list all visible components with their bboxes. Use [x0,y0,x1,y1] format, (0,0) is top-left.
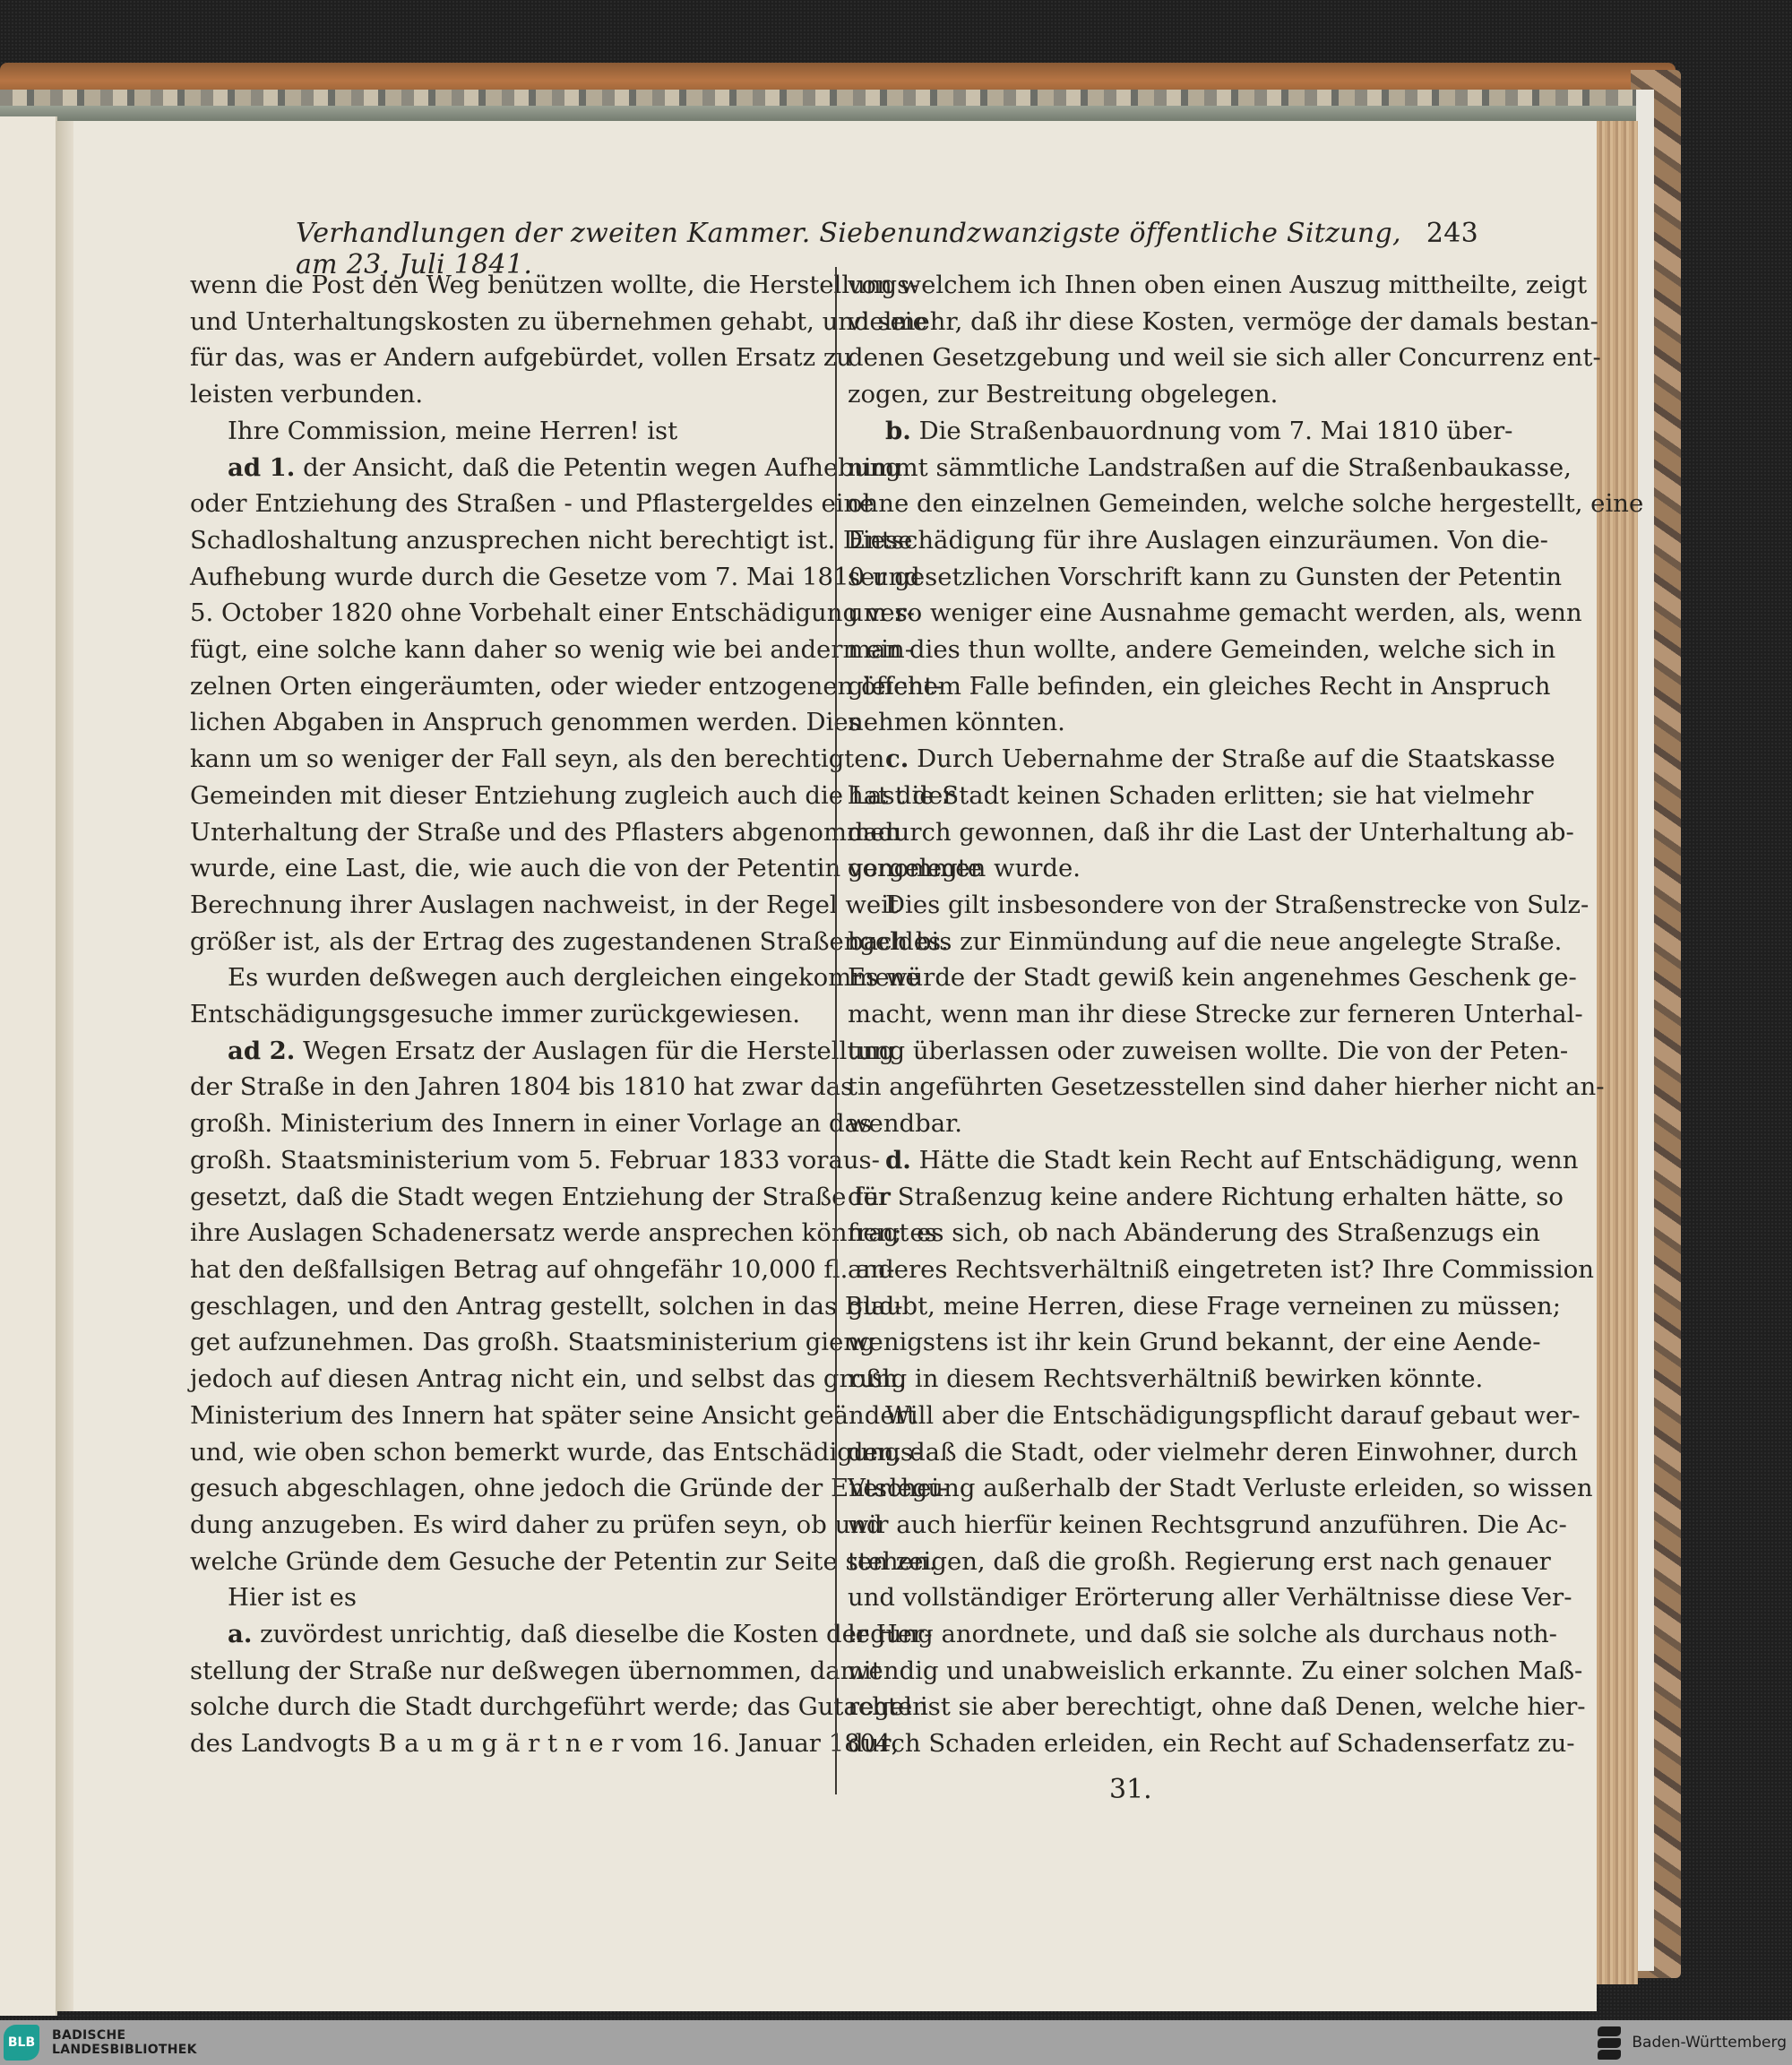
text-line: durch Schaden erleiden, ein Recht auf Sc… [848,1725,1488,1762]
line-text: Verlegung außerhalb der Stadt Verluste e… [848,1474,1593,1502]
text-line: leisten verbunden. [190,376,831,413]
text-column-right: von welchem ich Ihnen oben einen Auszug … [848,267,1488,1762]
text-line: nimmt sämmtliche Landstraßen auf die Str… [848,450,1488,486]
line-text: Dies gilt insbesondere von der Straßenst… [885,891,1589,919]
line-text: Ministerium des Innern hat später seine … [190,1401,917,1430]
text-line: jedoch auf diesen Antrag nicht ein, und … [190,1361,831,1398]
text-line: der Straße in den Jahren 1804 bis 1810 h… [190,1069,831,1106]
line-text: fügt, eine solche kann daher so wenig wi… [190,635,913,664]
text-line: den, daß die Stadt, oder vielmehr deren … [848,1434,1488,1471]
blb-wordmark-line2: LANDESBIBLIOTHEK [52,2043,197,2057]
line-text: solche durch die Stadt durchgeführt werd… [190,1692,928,1721]
text-line: man dies thun wollte, andere Gemeinden, … [848,632,1488,668]
flyleaf-edge [1636,90,1654,1971]
text-line: größer ist, als der Ertrag des zugestand… [190,924,831,960]
text-line: wenigstens ist ihr kein Grund bekannt, d… [848,1324,1488,1361]
text-line: gesuch abgeschlagen, ohne jedoch die Grü… [190,1470,831,1507]
line-text: tung überlassen oder zuweisen wollte. Di… [848,1037,1568,1065]
blb-logo[interactable]: BLB BADISCHE LANDESBIBLIOTHEK [4,2025,197,2061]
line-text: der Straßenzug keine andere Richtung erh… [848,1183,1564,1211]
text-line: ser gesetzlichen Vorschrift kann zu Guns… [848,559,1488,596]
line-text: Unterhaltung der Straße und des Pflaster… [190,818,900,847]
line-text: gesuch abgeschlagen, ohne jedoch die Grü… [190,1474,948,1502]
text-line: ohne den einzelnen Gemeinden, welche sol… [848,486,1488,522]
line-text: wendig und unabweislich erkannte. Zu ein… [848,1656,1582,1685]
line-text: 5. October 1820 ohne Vorbehalt einer Ent… [190,598,915,627]
line-text: dadurch gewonnen, daß ihr die Last der U… [848,818,1574,847]
text-line: kann um so weniger der Fall seyn, als de… [190,741,831,778]
text-line: wurde, eine Last, die, wie auch die von … [190,850,831,887]
line-text: oder Entziehung des Straßen - und Pflast… [190,489,874,518]
line-text: und Unterhaltungskosten zu übernehmen ge… [190,307,927,336]
text-line: oder Entziehung des Straßen - und Pflast… [190,486,831,522]
text-line: von welchem ich Ihnen oben einen Auszug … [848,267,1488,304]
line-text: großh. Ministerium des Innern in einer V… [190,1109,872,1138]
line-text: und, wie oben schon bemerkt wurde, das E… [190,1438,921,1467]
line-text: lichen Abgaben in Anspruch genommen werd… [190,708,861,736]
text-line: des Landvogts B a u m g ä r t n e r vom … [190,1725,831,1762]
line-text: welche Gründe dem Gesuche der Petentin z… [190,1547,936,1576]
page-fore-edge [1597,121,1638,1984]
text-line: Es wurden deßwegen auch dergleichen eing… [190,959,831,996]
line-text: regel ist sie aber berechtigt, ohne daß … [848,1692,1586,1721]
item-label: d. [885,1146,911,1174]
blb-wordmark: BADISCHE LANDESBIBLIOTHEK [52,2028,197,2057]
text-line: um so weniger eine Ausnahme gemacht werd… [848,595,1488,632]
line-text: legung anordnete, und daß sie solche als… [848,1620,1557,1648]
line-text: Es würde der Stadt gewiß kein angenehmes… [848,963,1577,992]
line-text: glaubt, meine Herren, diese Frage vernei… [848,1292,1561,1321]
line-text: ihre Auslagen Schadenersatz werde anspre… [190,1218,937,1247]
line-text: wir auch hierfür keinen Rechtsgrund anzu… [848,1510,1567,1539]
page-number: 243 [1426,218,1478,249]
text-line: c. Durch Uebernahme der Straße auf die S… [848,741,1488,778]
text-line: Entschädigungsgesuche immer zurückgewies… [190,996,831,1033]
line-text: get aufzunehmen. Das großh. Staatsminist… [190,1328,875,1356]
baden-wuerttemberg-logo[interactable]: Baden-Württemberg [1598,2026,1787,2061]
text-line: ihre Auslagen Schadenersatz werde anspre… [190,1215,831,1252]
item-label: a. [228,1620,252,1648]
text-line: Aufhebung wurde durch die Gesetze vom 7.… [190,559,831,596]
text-line: wendbar. [848,1106,1488,1142]
line-text: Es wurden deßwegen auch dergleichen eing… [228,963,920,992]
text-line: denen Gesetzgebung und weil sie sich all… [848,340,1488,376]
line-text: wendbar. [848,1109,962,1138]
text-line: hat den deßfallsigen Betrag auf ohngefäh… [190,1252,831,1288]
text-line: glaubt, meine Herren, diese Frage vernei… [848,1288,1488,1325]
line-text: zuvördest unrichtig, daß dieselbe die Ko… [260,1620,932,1648]
line-text: von welchem ich Ihnen oben einen Auszug … [848,271,1587,299]
item-label: ad 1. [228,453,295,482]
text-line: Ministerium des Innern hat später seine … [190,1398,831,1434]
text-line: Gemeinden mit dieser Entziehung zugleich… [190,778,831,814]
text-line: legung anordnete, und daß sie solche als… [848,1616,1488,1653]
item-label: b. [885,417,911,445]
text-line: lichen Abgaben in Anspruch genommen werd… [190,704,831,741]
baden-wuerttemberg-wordmark: Baden-Württemberg [1632,2034,1787,2052]
line-text: Entschädigung für ihre Auslagen einzuräu… [848,526,1548,555]
line-text: man dies thun wollte, andere Gemeinden, … [848,635,1555,664]
line-text: durch Schaden erleiden, ein Recht auf Sc… [848,1729,1575,1758]
text-line: regel ist sie aber berechtigt, ohne daß … [848,1689,1488,1725]
line-text: geschlagen, und den Antrag gestellt, sol… [190,1292,903,1321]
three-lions-icon [1598,2026,1621,2061]
line-text: wenigstens ist ihr kein Grund bekannt, d… [848,1328,1541,1356]
line-text: der Ansicht, daß die Petentin wegen Aufh… [303,453,901,482]
line-text: für das, was er Andern aufgebürdet, voll… [190,343,852,372]
text-line: geschlagen, und den Antrag gestellt, sol… [190,1288,831,1325]
text-line: solche durch die Stadt durchgeführt werd… [190,1689,831,1725]
text-line: der Straßenzug keine andere Richtung erh… [848,1179,1488,1216]
line-text: den, daß die Stadt, oder vielmehr deren … [848,1438,1578,1467]
line-text: fragt es sich, ob nach Abänderung des St… [848,1218,1540,1247]
line-text: Berechnung ihrer Auslagen nachweist, in … [190,891,899,919]
line-text: kann um so weniger der Fall seyn, als de… [190,744,884,773]
text-line: dung anzugeben. Es wird daher zu prüfen … [190,1507,831,1544]
line-text: vielmehr, daß ihr diese Kosten, vermöge … [848,307,1598,336]
text-line: 5. October 1820 ohne Vorbehalt einer Ent… [190,595,831,632]
text-line: wenn die Post den Weg benützen wollte, d… [190,267,831,304]
line-text: tin angeführten Gesetzesstellen sind dah… [848,1072,1605,1101]
text-line: welche Gründe dem Gesuche der Petentin z… [190,1544,831,1580]
line-text: ten zeigen, daß die großh. Regierung ers… [848,1547,1551,1576]
text-line: Verlegung außerhalb der Stadt Verluste e… [848,1470,1488,1507]
line-text: ser gesetzlichen Vorschrift kann zu Guns… [848,563,1562,591]
text-line: Unterhaltung der Straße und des Pflaster… [190,814,831,851]
line-text: hat die Stadt keinen Schaden erlitten; s… [848,781,1533,810]
text-line: dadurch gewonnen, daß ihr die Last der U… [848,814,1488,851]
line-text: Entschädigungsgesuche immer zurückgewies… [190,1000,800,1028]
text-line: gleichem Falle befinden, ein gleiches Re… [848,668,1488,705]
line-text: macht, wenn man ihr diese Strecke zur fe… [848,1000,1583,1028]
line-text: bach bis zur Einmündung auf die neue ang… [848,927,1562,956]
text-line: d. Hätte die Stadt kein Recht auf Entsch… [848,1142,1488,1179]
text-line: anderes Rechtsverhältniß eingetreten ist… [848,1252,1488,1288]
line-text: anderes Rechtsverhältniß eingetreten ist… [848,1255,1594,1284]
line-text: jedoch auf diesen Antrag nicht ein, und … [190,1364,906,1393]
line-text: hat den deßfallsigen Betrag auf ohngefäh… [190,1255,895,1284]
text-line: großh. Ministerium des Innern in einer V… [190,1106,831,1142]
line-text: Aufhebung wurde durch die Gesetze vom 7.… [190,563,920,591]
text-line: fügt, eine solche kann daher so wenig wi… [190,632,831,668]
text-line: großh. Staatsministerium vom 5. Februar … [190,1142,831,1179]
text-line: stellung der Straße nur deßwegen übernom… [190,1653,831,1690]
line-text: großh. Staatsministerium vom 5. Februar … [190,1146,880,1174]
text-line: und Unterhaltungskosten zu übernehmen ge… [190,304,831,340]
line-text: nimmt sämmtliche Landstraßen auf die Str… [848,453,1572,482]
text-line: zogen, zur Bestreitung obgelegen. [848,376,1488,413]
item-label: ad 2. [228,1037,295,1065]
line-text: Schadloshaltung anzusprechen nicht berec… [190,526,912,555]
book-scan: Verhandlungen der zweiten Kammer. Sieben… [0,0,1792,2020]
line-text: und vollständiger Erörterung aller Verhä… [848,1583,1572,1612]
line-text: Gemeinden mit dieser Entziehung zugleich… [190,781,954,810]
text-line: für das, was er Andern aufgebürdet, voll… [190,340,831,376]
footer-bar: BLB BADISCHE LANDESBIBLIOTHEK Baden-Würt… [0,2020,1792,2065]
line-text: gleichem Falle befinden, ein gleiches Re… [848,672,1551,701]
text-line: Berechnung ihrer Auslagen nachweist, in … [190,887,831,924]
text-line: wendig und unabweislich erkannte. Zu ein… [848,1653,1488,1690]
line-text: des Landvogts B a u m g ä r t n e r vom … [190,1729,899,1758]
column-divider [835,267,837,1794]
line-text: Hier ist es [228,1583,357,1612]
line-text: Durch Uebernahme der Straße auf die Staa… [917,744,1555,773]
text-line: Entschädigung für ihre Auslagen einzuräu… [848,522,1488,559]
text-line: get aufzunehmen. Das großh. Staatsminist… [190,1324,831,1361]
text-line: tin angeführten Gesetzesstellen sind dah… [848,1069,1488,1106]
text-line: macht, wenn man ihr diese Strecke zur fe… [848,996,1488,1033]
text-line: b. Die Straßenbauordnung vom 7. Mai 1810… [848,413,1488,450]
text-line: wir auch hierfür keinen Rechtsgrund anzu… [848,1507,1488,1544]
line-text: Ihre Commission, meine Herren! ist [228,417,677,445]
text-line: Will aber die Entschädigungspflicht dara… [848,1398,1488,1434]
line-text: Hätte die Stadt kein Recht auf Entschädi… [919,1146,1579,1174]
signature-mark: 31. [1109,1774,1152,1805]
blb-wordmark-line1: BADISCHE [52,2028,197,2043]
line-text: genommen wurde. [848,854,1081,882]
text-column-left: wenn die Post den Weg benützen wollte, d… [190,267,831,1762]
text-line: tung überlassen oder zuweisen wollte. Di… [848,1033,1488,1070]
text-line: Dies gilt insbesondere von der Straßenst… [848,887,1488,924]
text-line: vielmehr, daß ihr diese Kosten, vermöge … [848,304,1488,340]
text-line: zelnen Orten eingeräumten, oder wieder e… [190,668,831,705]
text-line: und vollständiger Erörterung aller Verhä… [848,1579,1488,1616]
text-line: rung in diesem Rechtsverhältniß bewirken… [848,1361,1488,1398]
facing-page-left [0,116,57,2016]
line-text: um so weniger eine Ausnahme gemacht werd… [848,598,1582,627]
line-text: stellung der Straße nur deßwegen übernom… [190,1656,882,1685]
text-line: hat die Stadt keinen Schaden erlitten; s… [848,778,1488,814]
line-text: gesetzt, daß die Stadt wegen Entziehung … [190,1183,891,1211]
text-line: ten zeigen, daß die großh. Regierung ers… [848,1544,1488,1580]
text-line: Schadloshaltung anzusprechen nicht berec… [190,522,831,559]
line-text: dung anzugeben. Es wird daher zu prüfen … [190,1510,883,1539]
line-text: rung in diesem Rechtsverhältniß bewirken… [848,1364,1483,1393]
text-line: ad 1. der Ansicht, daß die Petentin wege… [190,450,831,486]
line-text: zelnen Orten eingeräumten, oder wieder e… [190,672,943,701]
line-text: Will aber die Entschädigungspflicht dara… [885,1401,1581,1430]
text-line: fragt es sich, ob nach Abänderung des St… [848,1215,1488,1252]
line-text: der Straße in den Jahren 1804 bis 1810 h… [190,1072,853,1101]
text-line: genommen wurde. [848,850,1488,887]
line-text: leisten verbunden. [190,380,423,409]
text-line: gesetzt, daß die Stadt wegen Entziehung … [190,1179,831,1216]
text-line: bach bis zur Einmündung auf die neue ang… [848,924,1488,960]
text-line: nehmen könnten. [848,704,1488,741]
line-text: denen Gesetzgebung und weil sie sich all… [848,343,1601,372]
line-text: nehmen könnten. [848,708,1065,736]
text-line: a. zuvördest unrichtig, daß dieselbe die… [190,1616,831,1653]
line-text: ohne den einzelnen Gemeinden, welche sol… [848,489,1643,518]
text-line: Es würde der Stadt gewiß kein angenehmes… [848,959,1488,996]
line-text: wenn die Post den Weg benützen wollte, d… [190,271,918,299]
text-line: und, wie oben schon bemerkt wurde, das E… [190,1434,831,1471]
line-text: zogen, zur Bestreitung obgelegen. [848,380,1278,409]
text-line: ad 2. Wegen Ersatz der Auslagen für die … [190,1033,831,1070]
line-text: Die Straßenbauordnung vom 7. Mai 1810 üb… [919,417,1513,445]
text-line: Hier ist es [190,1579,831,1616]
line-text: Wegen Ersatz der Auslagen für die Herste… [303,1037,894,1065]
item-label: c. [885,744,909,773]
text-line: Ihre Commission, meine Herren! ist [190,413,831,450]
blb-badge-icon: BLB [4,2025,39,2061]
